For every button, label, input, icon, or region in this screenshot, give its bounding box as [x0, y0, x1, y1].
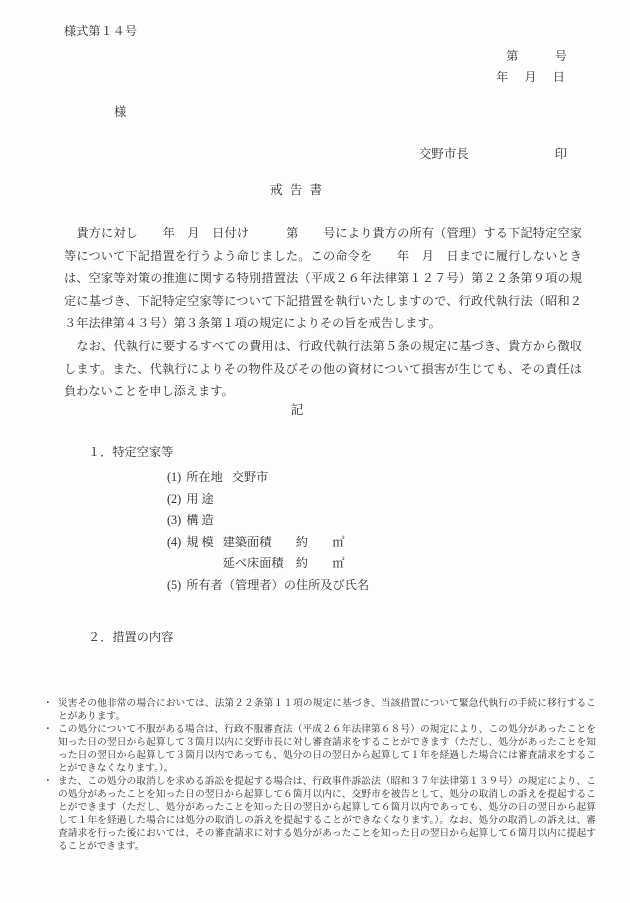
item-label: 構 造: [186, 510, 213, 532]
footnote-administrative-appeal: ・ この処分について不服がある場合は、行政不服審査法（平成２６年法律第６８号）の…: [43, 723, 596, 775]
doc-number-line: 第 号: [506, 49, 567, 64]
section-2-heading: ２．措置の内容: [88, 629, 173, 645]
record-item-owner: (5) 所有者（管理者）の住所及び氏名: [167, 575, 378, 597]
record-items: (1) 所在地 交野市 (2) 用 途 (3) 構 造 (4) 規 模 建築面積…: [167, 467, 378, 597]
item-label: 所有者（管理者）の住所及び氏名: [186, 575, 369, 597]
building-area-line: 建築面積 約 ㎡: [223, 532, 345, 554]
form-number: 様式第１４号: [64, 24, 137, 39]
footnote-text: 災害その他非常の場合においては、法第２２条第１１項の規定に基づき、当該措置につい…: [58, 697, 596, 723]
item-label: 規 模: [186, 532, 213, 554]
item-number: (3): [167, 510, 181, 532]
floor-area-line: 延べ床面積 約 ㎡: [223, 553, 345, 575]
body-paragraph-2: なお、代執行に要するすべての費用は、行政代執行法第５条の規定に基づき、貴方から徴…: [64, 335, 582, 403]
body-text: 貴方に対し 年 月 日付け 第 号により貴方の所有（管理）する下記特定空家等につ…: [64, 222, 582, 403]
record-marker: 記: [64, 402, 530, 418]
issuer-line: 交野市長 印: [419, 146, 567, 162]
record-item-structure: (3) 構 造: [167, 510, 378, 532]
item-value: 交野市: [232, 467, 269, 489]
bullet-icon: ・: [43, 775, 58, 788]
item-value: 建築面積 約 ㎡ 延べ床面積 約 ㎡: [223, 532, 345, 575]
footnotes: ・ 災害その他非常の場合においては、法第２２条第１１項の規定に基づき、当該措置に…: [43, 697, 596, 853]
item-number: (4): [167, 532, 181, 554]
body-paragraph-1: 貴方に対し 年 月 日付け 第 号により貴方の所有（管理）する下記特定空家等につ…: [64, 222, 582, 335]
item-label: 用 途: [186, 489, 213, 511]
footnote-text: この処分について不服がある場合は、行政不服審査法（平成２６年法律第６８号）の規定…: [58, 723, 596, 775]
record-item-use: (2) 用 途: [167, 489, 378, 511]
document-title: 戒 告 書: [64, 182, 530, 198]
date-line: 年 月 日: [496, 70, 567, 85]
item-number: (1): [167, 467, 181, 489]
footnote-revocation-lawsuit: ・ また、この処分の取消しを求める訴訟を提起する場合は、行政事件訴訟法（昭和３７…: [43, 775, 596, 853]
bullet-icon: ・: [43, 697, 58, 710]
warning-letter-page: 様式第１４号 第 号 年 月 日 様 交野市長 印 戒 告 書 貴方に対し 年 …: [0, 0, 630, 903]
record-item-location: (1) 所在地 交野市: [167, 467, 378, 489]
item-label: 所在地: [186, 467, 223, 489]
seal-mark: 印: [555, 146, 567, 162]
bullet-icon: ・: [43, 723, 58, 736]
footnote-emergency-execution: ・ 災害その他非常の場合においては、法第２２条第１１項の規定に基づき、当該措置に…: [43, 697, 596, 723]
addressee-honorific: 様: [114, 104, 126, 120]
record-item-scale: (4) 規 模 建築面積 約 ㎡ 延べ床面積 約 ㎡: [167, 532, 378, 575]
section-1-heading: １．特定空家等: [88, 444, 173, 460]
issuer-name: 交野市長: [419, 146, 469, 162]
footnote-text: また、この処分の取消しを求める訴訟を提起する場合は、行政事件訴訟法（昭和３７年法…: [58, 775, 596, 853]
item-number: (5): [167, 575, 181, 597]
item-number: (2): [167, 489, 181, 511]
